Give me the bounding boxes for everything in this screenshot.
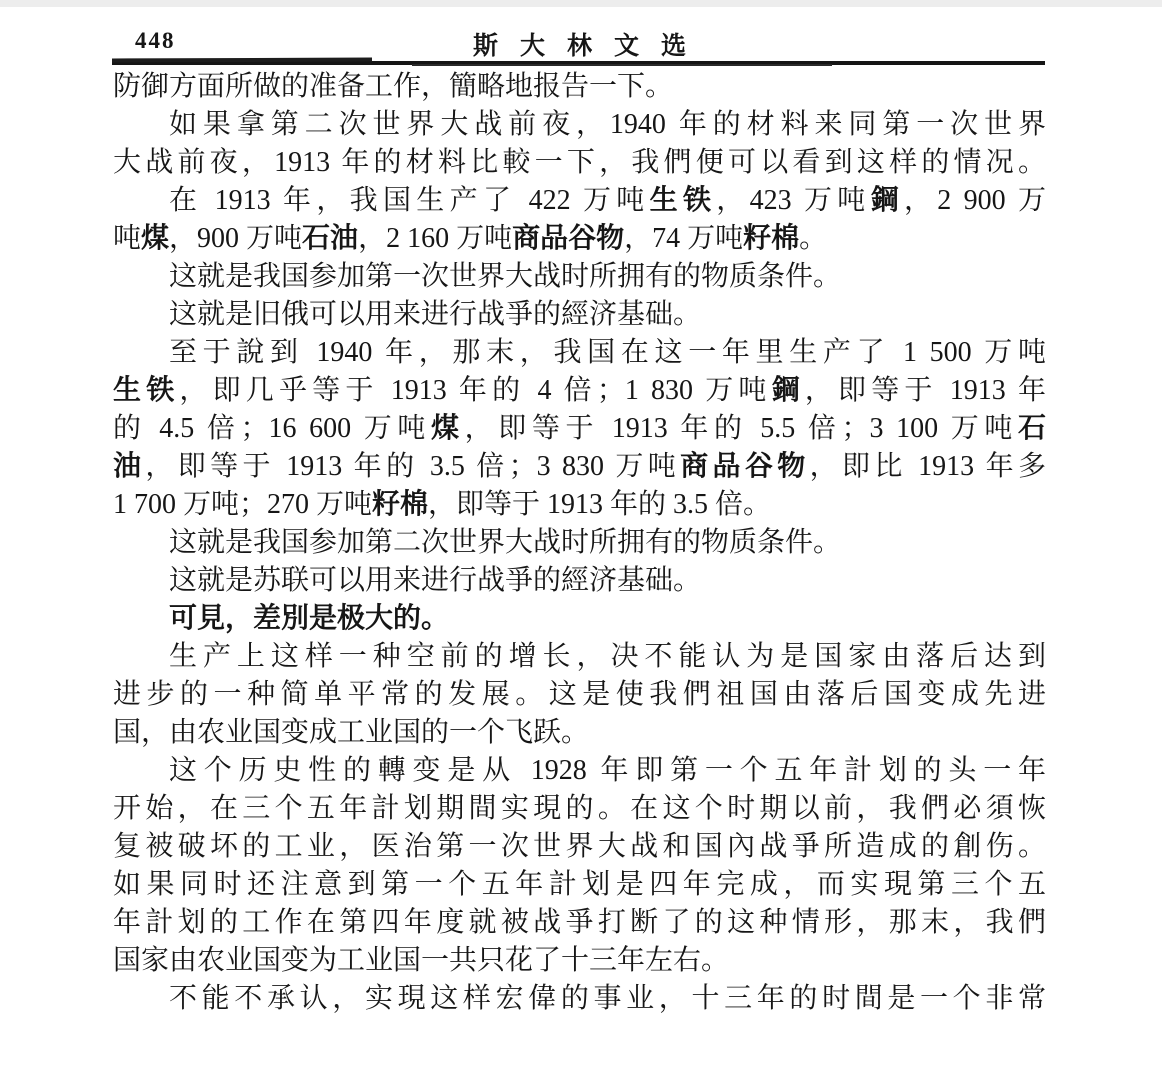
- page-header: 448 斯大林文选: [113, 24, 1046, 58]
- text-segment: ，900 万吨: [169, 223, 302, 254]
- scan-edge-artifact: [0, 0, 1162, 7]
- text-segment: 可見，差別是极大的。: [169, 603, 449, 634]
- text-segment: 石油: [302, 223, 358, 254]
- text-segment: 年計划的工作在第四年度就被战爭打断了的这种情形，那末，我們: [113, 907, 1046, 938]
- header-rule: [112, 61, 1045, 65]
- text-line: 不能不承认，实現这样宏偉的事业，十三年的时間是一个非常: [113, 980, 1046, 1018]
- text-segment: ，2 160 万吨: [358, 223, 512, 254]
- text-line: 生产上这样一种空前的增长，决不能认为是国家由落后达到: [113, 638, 1046, 676]
- book-title: 斯大林文选: [113, 26, 1046, 62]
- text-line: 国，由农业国变成工业国的一个飞跃。: [113, 714, 1046, 752]
- text-segment: 籽棉: [372, 489, 428, 520]
- text-segment: 这个历史性的轉变是从 1928 年即第一个五年計划的头一年: [169, 755, 1046, 786]
- text-segment: 如果同时还注意到第一个五年計划是四年完成，而实現第三个五: [113, 869, 1046, 900]
- text-segment: 大战前夜，1913 年的材料比較一下，我們便可以看到这样的情况。: [113, 147, 1046, 178]
- text-segment: 生产上这样一种空前的增长，决不能认为是国家由落后达到: [169, 641, 1046, 672]
- text-line: 开始，在三个五年計划期間实現的。在这个时期以前，我們必須恢: [113, 790, 1046, 828]
- text-segment: 国家由农业国变为工业国一共只花了十三年左右。: [113, 945, 729, 976]
- text-line: 如果拿第二次世界大战前夜，1940 年的材料来同第一次世界: [113, 106, 1046, 144]
- text-line: 吨煤，900 万吨石油，2 160 万吨商品谷物，74 万吨籽棉。: [113, 220, 1046, 258]
- text-line: 这就是苏联可以用来进行战爭的經济基础。: [113, 562, 1046, 600]
- text-segment: ，即几乎等于 1913 年的 4 倍；1 830 万吨: [179, 375, 771, 406]
- text-line: 可見，差別是极大的。: [113, 600, 1046, 638]
- text-segment: ，即等于 1913 年的 3.5 倍；3 830 万吨: [145, 451, 680, 482]
- text-segment: 这就是旧俄可以用来进行战爭的經济基础。: [169, 299, 701, 330]
- text-line: 复被破坏的工业，医治第一次世界大战和国內战爭所造成的創伤。: [113, 828, 1046, 866]
- text-segment: ，即等于 1913 年: [805, 375, 1046, 406]
- text-segment: 开始，在三个五年計划期間实現的。在这个时期以前，我們必須恢: [113, 793, 1046, 824]
- text-segment: 。: [799, 223, 827, 254]
- text-segment: 煤: [141, 223, 169, 254]
- text-line: 这就是我国参加第二次世界大战时所拥有的物质条件。: [113, 524, 1046, 562]
- text-segment: 油: [113, 451, 145, 482]
- text-segment: 生铁: [650, 185, 717, 216]
- text-line: 大战前夜，1913 年的材料比較一下，我們便可以看到这样的情况。: [113, 144, 1046, 182]
- text-line: 这个历史性的轉变是从 1928 年即第一个五年計划的头一年: [113, 752, 1046, 790]
- text-segment: ，2 900 万: [904, 185, 1046, 216]
- text-line: 国家由农业国变为工业国一共只花了十三年左右。: [113, 942, 1046, 980]
- text-segment: 复被破坏的工业，医治第一次世界大战和国內战爭所造成的創伤。: [113, 831, 1046, 862]
- text-segment: 煤: [431, 413, 465, 444]
- text-segment: ，即等于 1913 年的 3.5 倍。: [428, 489, 771, 520]
- text-segment: 如果拿第二次世界大战前夜，1940 年的材料来同第一次世界: [169, 109, 1046, 140]
- page-body: 防御方面所做的准备工作，簡略地报告一下。如果拿第二次世界大战前夜，1940 年的…: [113, 68, 1046, 1018]
- ink-blot-artifact: [412, 64, 832, 66]
- ink-blot-artifact: [112, 58, 372, 63]
- text-segment: 吨: [113, 223, 141, 254]
- text-segment: 国，由农业国变成工业国的一个飞跃。: [113, 717, 589, 748]
- text-segment: 进步的一种简单平常的发展。这是使我們祖国由落后国变成先进: [113, 679, 1046, 710]
- text-segment: 籽棉: [743, 223, 799, 254]
- text-segment: ，74 万吨: [624, 223, 743, 254]
- text-segment: ，即等于 1913 年的 5.5 倍；3 100 万吨: [465, 413, 1018, 444]
- text-segment: 这就是我国参加第一次世界大战时所拥有的物质条件。: [169, 261, 841, 292]
- text-line: 进步的一种简单平常的发展。这是使我們祖国由落后国变成先进: [113, 676, 1046, 714]
- text-line: 防御方面所做的准备工作，簡略地报告一下。: [113, 68, 1046, 106]
- text-segment: 在 1913 年，我国生产了 422 万吨: [169, 185, 650, 216]
- text-line: 在 1913 年，我国生产了 422 万吨生铁，423 万吨鋼，2 900 万: [113, 182, 1046, 220]
- text-segment: 鋼: [871, 185, 904, 216]
- text-segment: 防御方面所做的准备工作，簡略地报告一下。: [113, 71, 673, 102]
- text-segment: 商品谷物: [680, 451, 810, 482]
- text-line: 1 700 万吨；270 万吨籽棉，即等于 1913 年的 3.5 倍。: [113, 486, 1046, 524]
- text-segment: 这就是苏联可以用来进行战爭的經济基础。: [169, 565, 701, 596]
- text-segment: 生铁: [113, 375, 179, 406]
- text-segment: 商品谷物: [512, 223, 624, 254]
- text-segment: 至于說到 1940 年，那末，我国在这一年里生产了 1 500 万吨: [169, 337, 1046, 368]
- scanned-book-page: 448 斯大林文选 防御方面所做的准备工作，簡略地报告一下。如果拿第二次世界大战…: [0, 0, 1162, 1083]
- text-line: 这就是旧俄可以用来进行战爭的經济基础。: [113, 296, 1046, 334]
- text-segment: 这就是我国参加第二次世界大战时所拥有的物质条件。: [169, 527, 841, 558]
- text-segment: 的 4.5 倍；16 600 万吨: [113, 413, 431, 444]
- text-segment: 鋼: [772, 375, 805, 406]
- text-line: 生铁，即几乎等于 1913 年的 4 倍；1 830 万吨鋼，即等于 1913 …: [113, 372, 1046, 410]
- text-segment: 石: [1018, 413, 1046, 444]
- text-segment: ，即比 1913 年多: [810, 451, 1046, 482]
- text-line: 这就是我国参加第一次世界大战时所拥有的物质条件。: [113, 258, 1046, 296]
- text-line: 的 4.5 倍；16 600 万吨煤，即等于 1913 年的 5.5 倍；3 1…: [113, 410, 1046, 448]
- text-segment: ，423 万吨: [716, 185, 870, 216]
- text-line: 如果同时还注意到第一个五年計划是四年完成，而实現第三个五: [113, 866, 1046, 904]
- text-line: 至于說到 1940 年，那末，我国在这一年里生产了 1 500 万吨: [113, 334, 1046, 372]
- text-line: 年計划的工作在第四年度就被战爭打断了的这种情形，那末，我們: [113, 904, 1046, 942]
- text-segment: 不能不承认，实現这样宏偉的事业，十三年的时間是一个非常: [169, 983, 1046, 1014]
- text-segment: 1 700 万吨；270 万吨: [113, 489, 372, 520]
- text-line: 油，即等于 1913 年的 3.5 倍；3 830 万吨商品谷物，即比 1913…: [113, 448, 1046, 486]
